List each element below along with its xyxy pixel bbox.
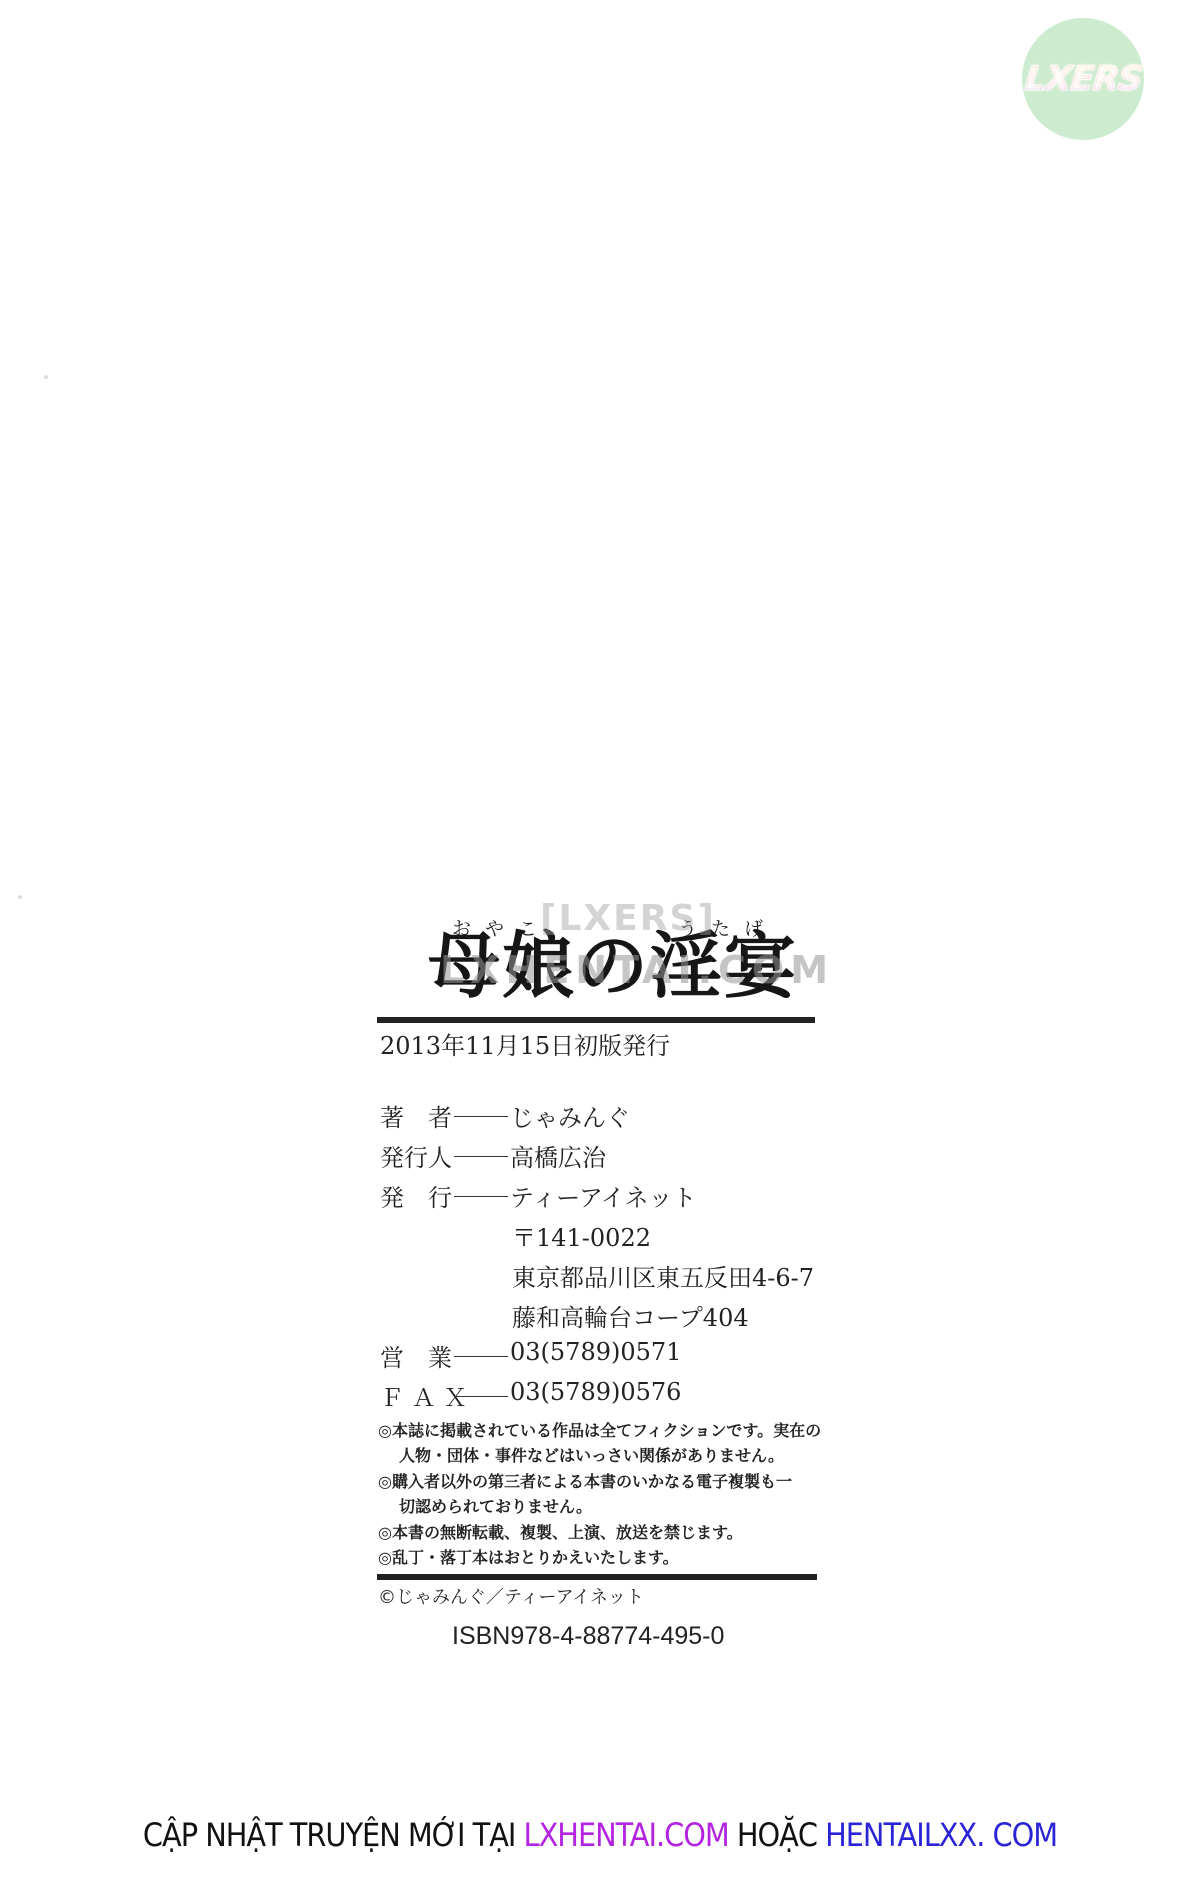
contact-fax: Ｆ Ａ Ｘ 03(5789)0576 (380, 1378, 681, 1413)
contact-value: 03(5789)0571 (510, 1338, 681, 1373)
credit-value: じゃみんぐ (510, 1098, 630, 1133)
note-fiction: ◎本誌に掲載されている作品は全てフィクションです。実在の (378, 1418, 821, 1441)
address-line2: 藤和高輪台コープ404 (512, 1298, 749, 1333)
leader-dash (452, 1338, 510, 1373)
divider-rule (377, 1574, 817, 1580)
credit-label: 発 行 (380, 1178, 452, 1213)
address-postal: 〒141-0022 (512, 1218, 651, 1253)
credit-author: 著 者 じゃみんぐ (380, 1098, 630, 1133)
credit-publisher-person: 発行人 高橋広治 (380, 1138, 606, 1173)
leader-dash (452, 1378, 510, 1413)
lxers-logo: LXERS (1022, 18, 1144, 140)
scan-speck (44, 375, 48, 379)
credit-publisher: 発 行 ティーアイネット (380, 1178, 696, 1213)
watermark-overlay: LXHENTAI.COM (440, 948, 834, 992)
publication-date: 2013年11月15日初版発行 (380, 1026, 670, 1061)
logo-text: LXERS (1023, 59, 1144, 99)
contact-label: 営 業 (380, 1338, 452, 1373)
leader-dash (452, 1138, 510, 1173)
contact-value: 03(5789)0576 (510, 1378, 681, 1413)
footer-prefix: CẬP NHẬT TRUYỆN MỚI TẠI (143, 1816, 524, 1854)
leader-dash (452, 1098, 510, 1133)
footer-link-lxhentai[interactable]: LXHENTAI.COM (524, 1816, 729, 1854)
divider-rule (377, 1017, 815, 1023)
note-copy-cont: 切認められておりません。 (399, 1494, 592, 1517)
credit-value: ティーアイネット (510, 1178, 696, 1213)
footer-middle: HOẶC (729, 1816, 825, 1854)
leader-dash (452, 1178, 510, 1213)
note-reproduction: ◎本書の無断転載、複製、上演、放送を禁じます。 (378, 1520, 743, 1543)
watermark-top: [LXERS] (540, 898, 716, 939)
contact-label: Ｆ Ａ Ｘ (380, 1378, 452, 1413)
credit-label: 著 者 (380, 1098, 452, 1133)
note-copy: ◎購入者以外の第三者による本書のいかなる電子複製も一 (378, 1469, 792, 1492)
credit-label: 発行人 (380, 1138, 452, 1173)
note-defects: ◎乱丁・落丁本はおとりかえいたします。 (378, 1545, 679, 1568)
isbn: ISBN978-4-88774-495-0 (452, 1622, 724, 1651)
footer-banner: CẬP NHẬT TRUYỆN MỚI TẠI LXHENTAI.COM HOẶ… (0, 1816, 1200, 1854)
contact-sales: 営 業 03(5789)0571 (380, 1338, 681, 1373)
address-line1: 東京都品川区東五反田4-6-7 (512, 1258, 814, 1293)
copyright: ©じゃみんぐ／ティーアイネット (378, 1583, 644, 1609)
note-fiction-cont: 人物・団体・事件などはいっさい関係がありません。 (399, 1443, 784, 1466)
credit-value: 高橋広治 (510, 1138, 606, 1173)
scan-speck (18, 895, 22, 899)
footer-link-hentailxx[interactable]: HENTAILXX. COM (825, 1816, 1057, 1854)
